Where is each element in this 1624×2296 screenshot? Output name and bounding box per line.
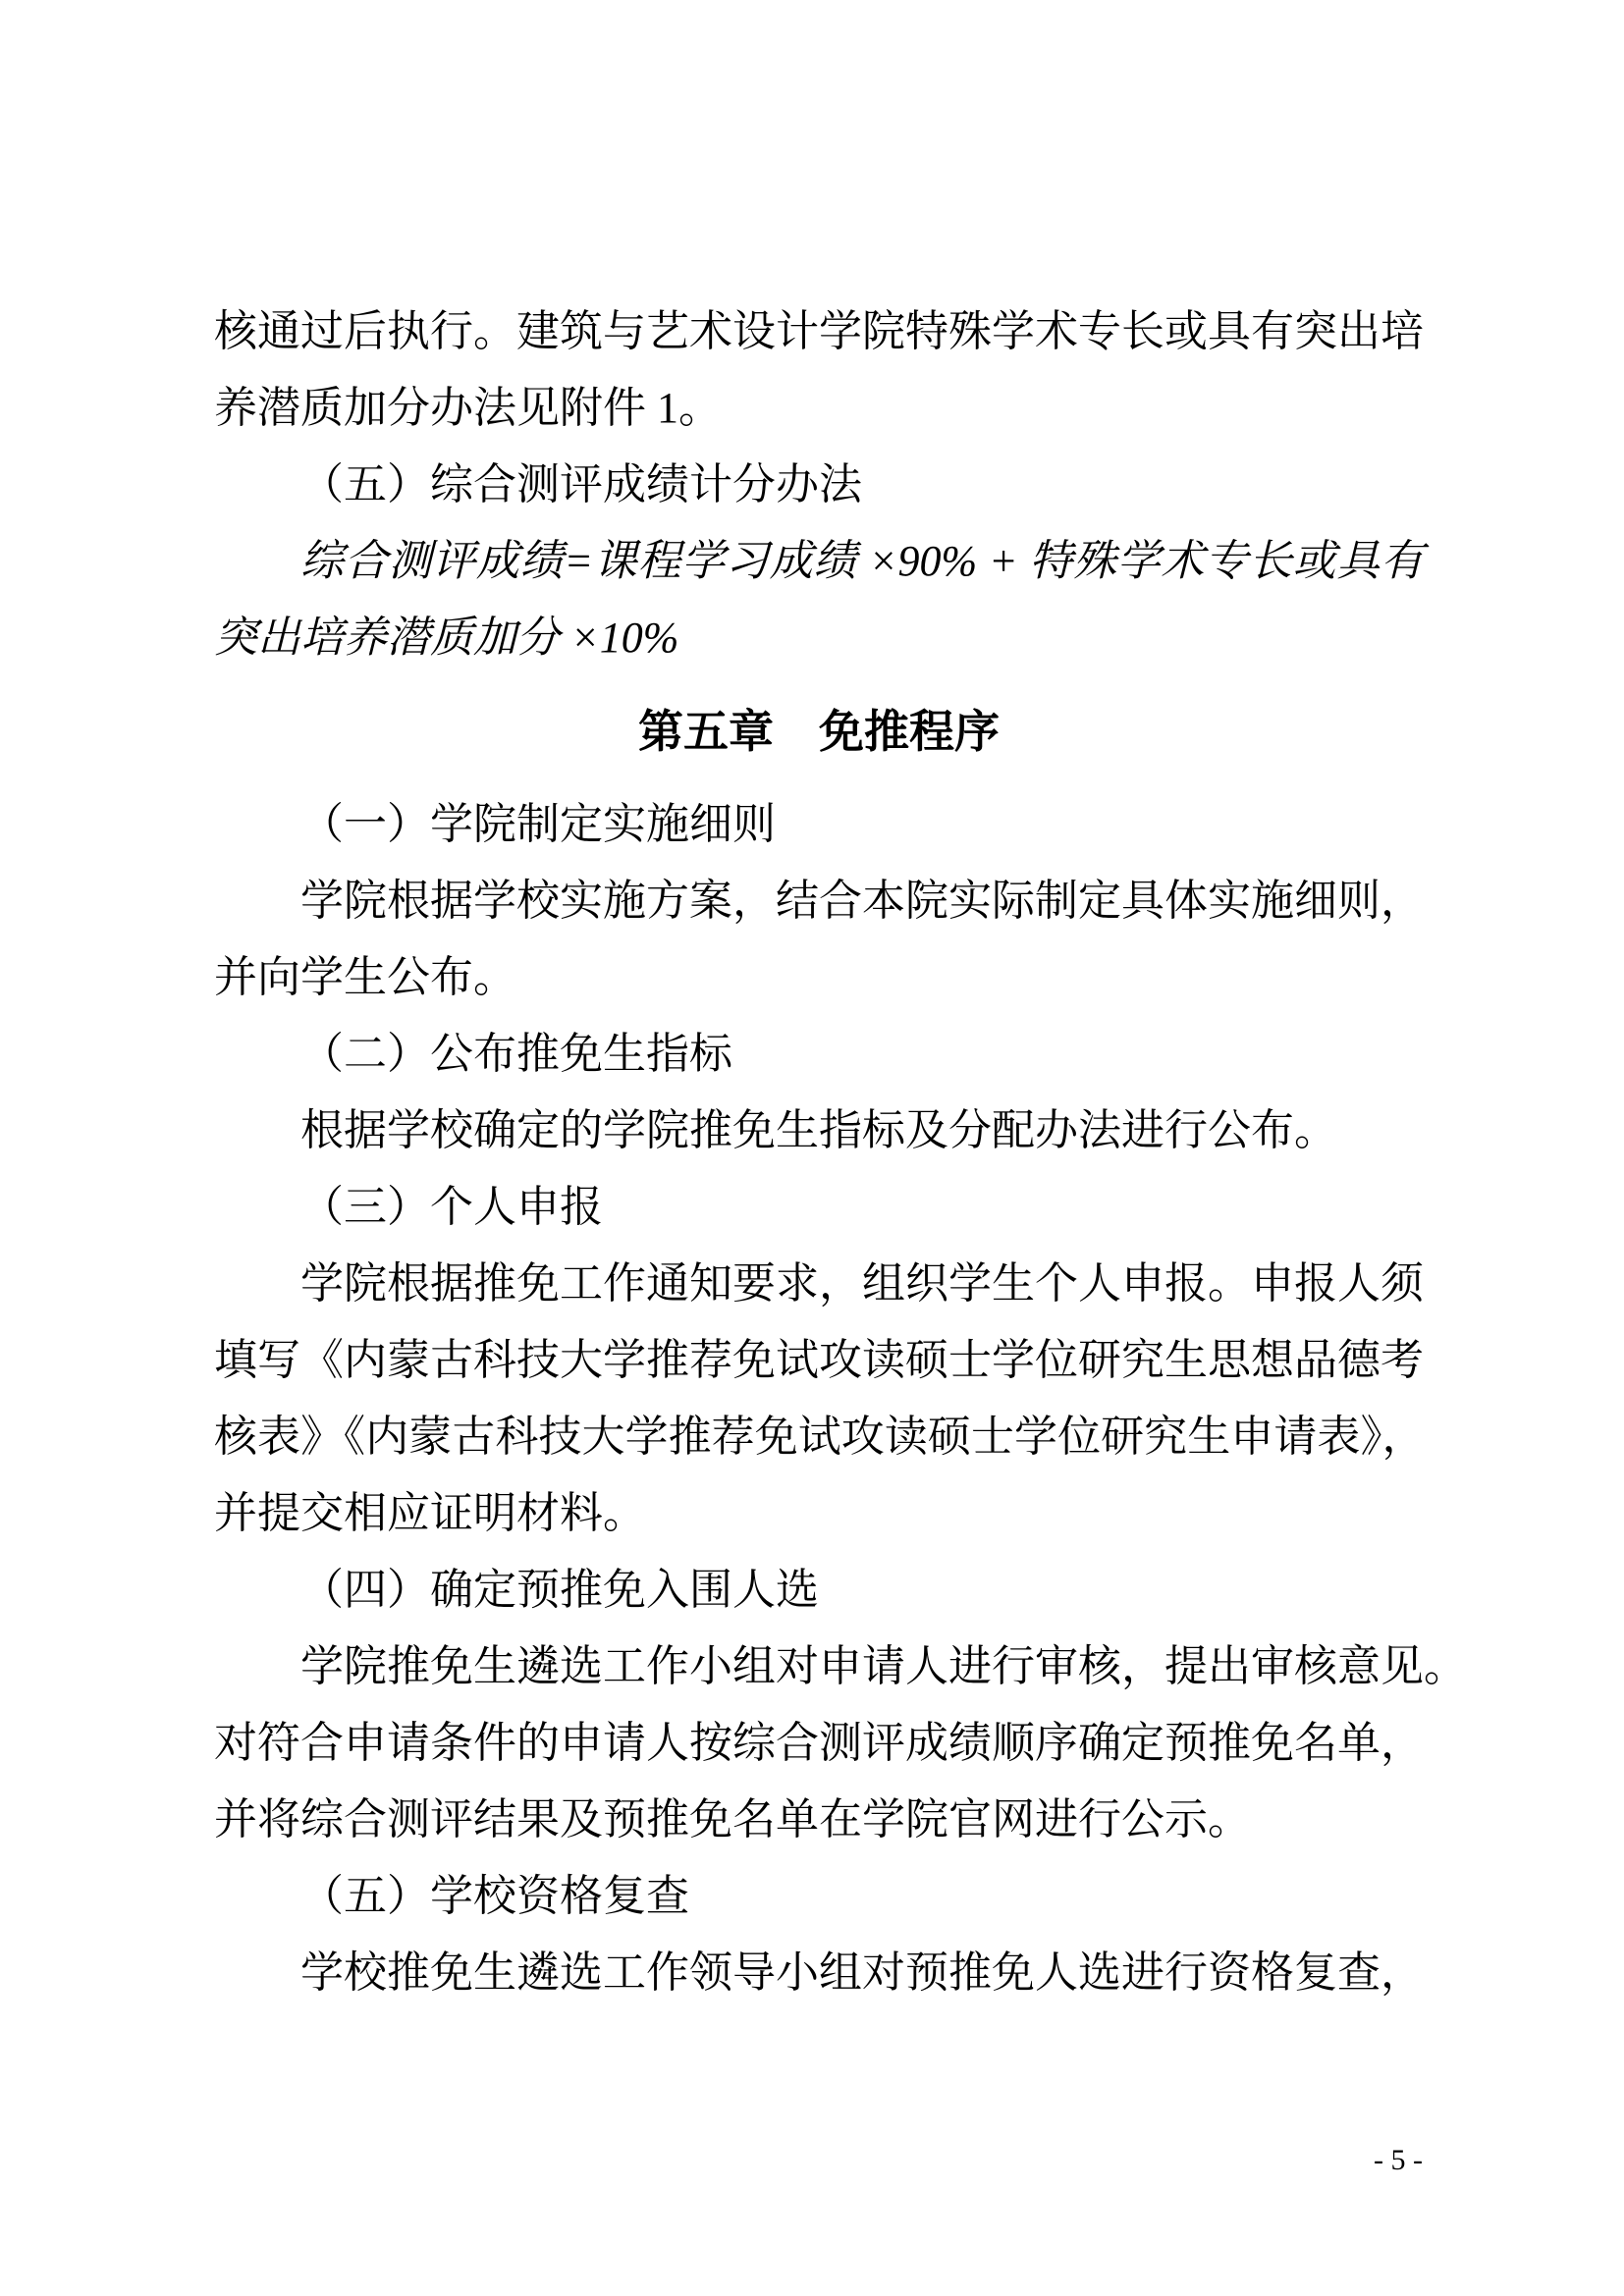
text-line: 并将综合测评结果及预推免名单在学院官网进行公示。 bbox=[214, 1782, 1424, 1858]
text-line: 填写《内蒙古科技大学推荐免试攻读硕士学位研究生思想品德考 bbox=[214, 1322, 1424, 1399]
document-page: 核通过后执行。建筑与艺术设计学院特殊学术专长或具有突出培 养潜质加分办法见附件 … bbox=[0, 0, 1624, 2296]
chapter-heading: 第五章 免推程序 bbox=[214, 676, 1424, 786]
formula-line: 综合测评成绩=课程学习成绩 ×90% + 特殊学术专长或具有 bbox=[214, 523, 1424, 600]
text-line: 核通过后执行。建筑与艺术设计学院特殊学术专长或具有突出培 bbox=[214, 294, 1424, 370]
text-line: 核表》《内蒙古科技大学推荐免试攻读硕士学位研究生申请表》， bbox=[214, 1399, 1424, 1475]
text-line: 并提交相应证明材料。 bbox=[214, 1475, 1424, 1552]
text-line: 并向学生公布。 bbox=[214, 939, 1424, 1016]
text-line: 养潜质加分办法见附件 1。 bbox=[214, 370, 1424, 447]
text-line: 根据学校确定的学院推免生指标及分配办法进行公布。 bbox=[214, 1093, 1424, 1169]
section-label: （四）确定预推免入围人选 bbox=[214, 1552, 1424, 1629]
page-number: - 5 - bbox=[1374, 2144, 1423, 2177]
section-label: （五）综合测评成绩计分办法 bbox=[214, 447, 1424, 523]
formula-line: 突出培养潜质加分 ×10% bbox=[214, 600, 1424, 676]
section-label: （二）公布推免生指标 bbox=[214, 1016, 1424, 1093]
text-line: 学院推免生遴选工作小组对申请人进行审核，提出审核意见。 bbox=[214, 1629, 1424, 1705]
text-line: 学院根据学校实施方案，结合本院实际制定具体实施细则， bbox=[214, 863, 1424, 939]
section-label: （三）个人申报 bbox=[214, 1169, 1424, 1246]
text-line: 对符合申请条件的申请人按综合测评成绩顺序确定预推免名单， bbox=[214, 1705, 1424, 1782]
section-label: （五）学校资格复查 bbox=[214, 1858, 1424, 1935]
text-line: 学院根据推免工作通知要求，组织学生个人申报。申报人须 bbox=[214, 1246, 1424, 1322]
text-line: 学校推免生遴选工作领导小组对预推免人选进行资格复查， bbox=[214, 1935, 1424, 2011]
document-body: 核通过后执行。建筑与艺术设计学院特殊学术专长或具有突出培 养潜质加分办法见附件 … bbox=[214, 294, 1424, 2011]
section-label: （一）学院制定实施细则 bbox=[214, 786, 1424, 863]
